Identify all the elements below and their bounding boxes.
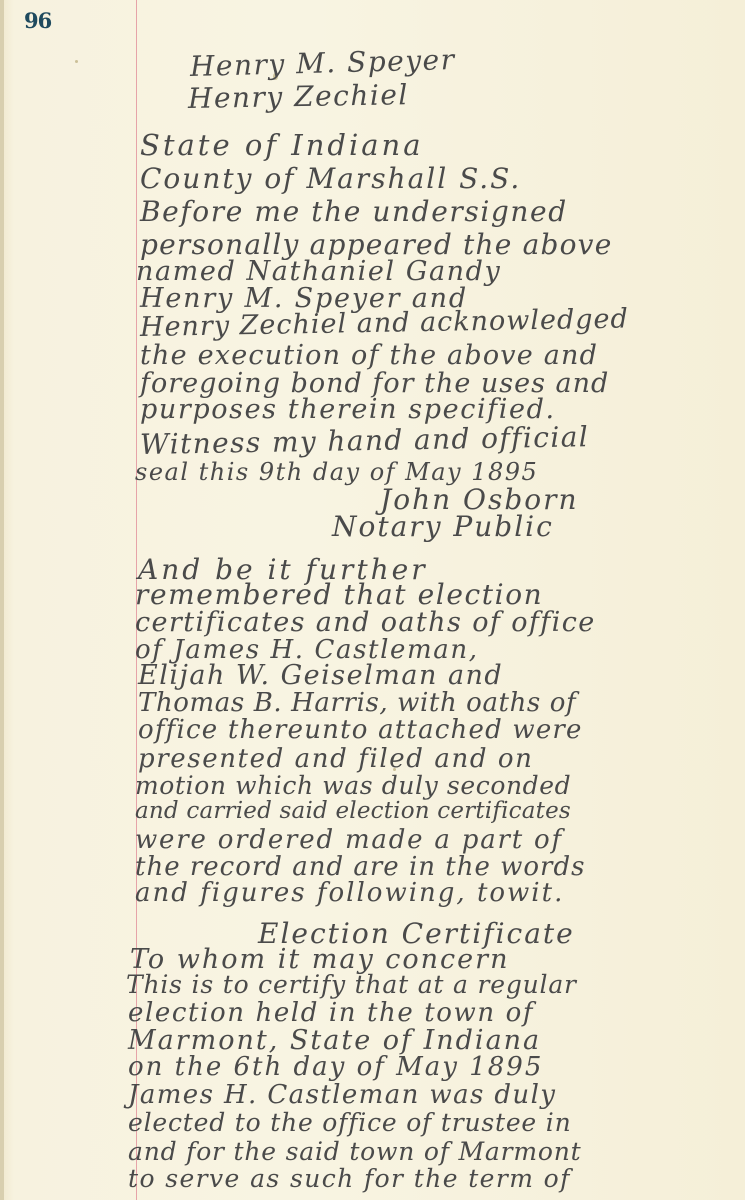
minutes-line: motion which was duly seconded	[135, 771, 571, 800]
certificate-line: This is to certify that at a regular	[126, 970, 577, 999]
certificate-line: and for the said town of Marmont	[128, 1137, 581, 1166]
ack-line: purposes therein specified.	[140, 394, 556, 425]
ack-line: the execution of the above and	[140, 340, 598, 371]
ack-line: State of Indiana	[140, 128, 423, 162]
certificate-line: elected to the office of trustee in	[128, 1108, 571, 1137]
minutes-line: presented and filed and on	[138, 744, 534, 774]
notary-title: Notary Public	[332, 510, 554, 543]
certificate-line: James H. Castleman was duly	[128, 1080, 556, 1110]
ack-line: County of Marshall S.S.	[140, 162, 521, 195]
certificate-line: on the 6th day of May 1895	[128, 1052, 543, 1082]
minutes-line: office thereunto attached were	[138, 715, 583, 745]
paper-stain	[75, 60, 78, 63]
minutes-line: Thomas B. Harris, with oaths of	[138, 688, 576, 718]
binding-edge	[0, 0, 4, 1200]
certificate-line: to serve as such for the term of	[128, 1164, 571, 1193]
ack-line: Before me the undersigned	[140, 195, 568, 228]
minutes-line: Elijah W. Geiselman and	[138, 660, 503, 691]
minutes-line: and carried said election certificates	[135, 798, 571, 824]
minutes-line: were ordered made a part of	[135, 825, 563, 855]
signature-henry-speyer: Henry M. Speyer	[190, 43, 456, 83]
witness-line: Witness my hand and official	[140, 420, 590, 461]
signature-henry-zechiel: Henry Zechiel	[188, 78, 409, 115]
ledger-page: 96 Henry M. Speyer Henry Zechiel State o…	[0, 0, 745, 1200]
page-number: 96	[24, 8, 51, 33]
minutes-line: and figures following, towit.	[135, 878, 564, 908]
certificate-line: election held in the town of	[128, 998, 534, 1028]
witness-line: seal this 9th day of May 1895	[135, 458, 538, 486]
minutes-line: certificates and oaths of office	[135, 607, 596, 638]
